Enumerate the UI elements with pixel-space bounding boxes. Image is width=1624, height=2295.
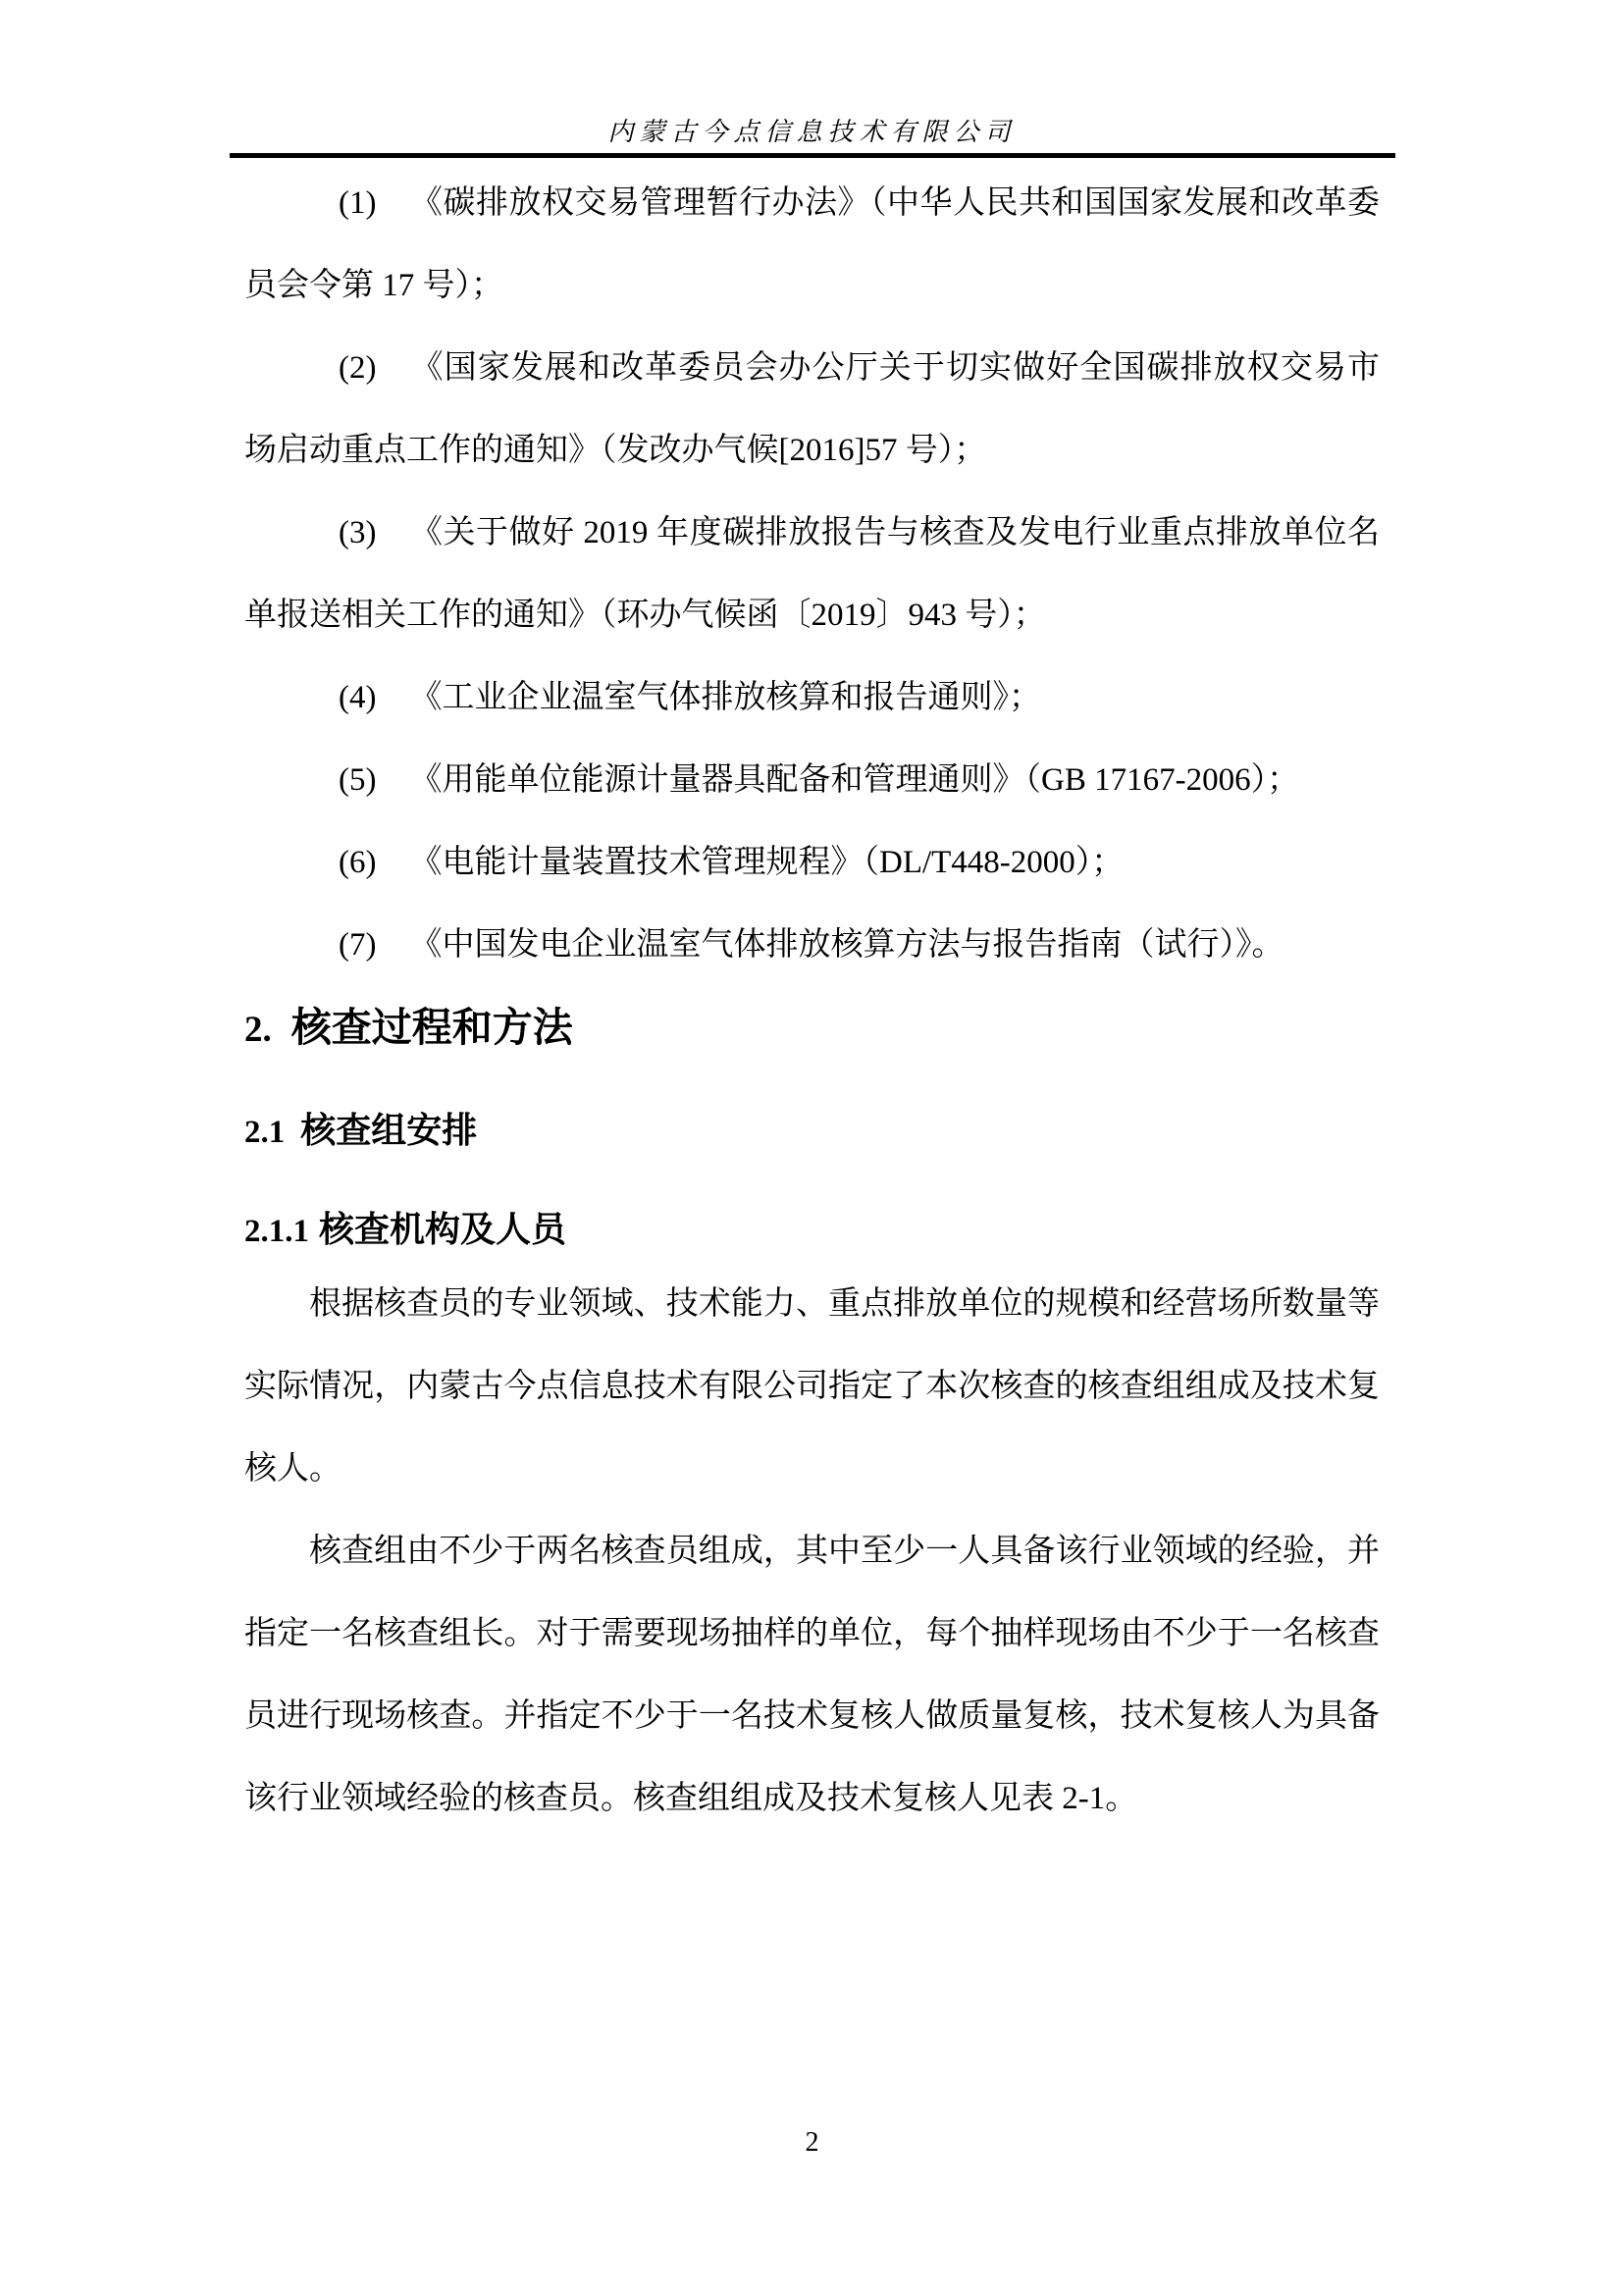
subsection-heading: 2.1核查组安排 [244,1105,1380,1163]
list-item: (5)《用能单位能源计量器具配备和管理通则》（GB 17167-2006）； [244,739,1380,821]
company-name: 内蒙古今点信息技术有限公司 [607,118,1016,146]
list-item-text: 《国家发展和改革委员会办公厅关于切实做好全国碳排放权交易市场启动重点工作的通知》… [244,350,1380,468]
reference-list: (1)《碳排放权交易管理暂行办法》（中华人民共和国国家发展和改革委员会令第 17… [244,162,1380,986]
list-item-number: (2) [339,350,409,386]
section-title: 核查过程和方法 [291,1005,573,1050]
list-item: (6)《电能计量装置技术管理规程》（DL/T448-2000）； [244,821,1380,904]
paragraph: 核查组由不少于两名核查员组成，其中至少一人具备该行业领域的经验，并指定一名核查组… [244,1510,1380,1840]
list-item-number: (3) [339,515,409,550]
list-item: (7)《中国发电企业温室气体排放核算方法与报告指南（试行）》。 [244,904,1380,986]
subsubsection-number: 2.1.1 [244,1214,319,1249]
section-heading: 2.核查过程和方法 [244,996,1380,1066]
list-item-number: (6) [339,845,409,880]
list-item-text: 《电能计量装置技术管理规程》（DL/T448-2000）； [409,845,1124,880]
page-footer: 2 [0,2127,1624,2159]
list-item-text: 《用能单位能源计量器具配备和管理通则》（GB 17167-2006）； [409,762,1299,798]
list-item: (4)《工业企业温室气体排放核算和报告通则》； [244,656,1380,739]
list-item: (3)《关于做好 2019 年度碳排放报告与核查及发电行业重点排放单位名单报送相… [244,492,1380,656]
subsection-title: 核查组安排 [300,1110,477,1150]
section-number: 2. [244,1010,291,1050]
list-item: (1)《碳排放权交易管理暂行办法》（中华人民共和国国家发展和改革委员会令第 17… [244,162,1380,327]
subsubsection-title: 核查机构及人员 [319,1209,566,1249]
paragraph: 根据核查员的专业领域、技术能力、重点排放单位的规模和经营场所数量等实际情况，内蒙… [244,1263,1380,1510]
list-item-text: 《关于做好 2019 年度碳排放报告与核查及发电行业重点排放单位名单报送相关工作… [244,515,1380,633]
list-item-number: (5) [339,762,409,798]
list-item: (2)《国家发展和改革委员会办公厅关于切实做好全国碳排放权交易市场启动重点工作的… [244,327,1380,492]
list-item-text: 《工业企业温室气体排放核算和报告通则》； [409,680,1041,715]
page-header: 内蒙古今点信息技术有限公司 [230,0,1395,158]
list-item-number: (7) [339,927,409,963]
document-page: { "header": { "company": "内蒙古今点信息技术有限公司"… [0,0,1624,2295]
list-item-text: 《碳排放权交易管理暂行办法》（中华人民共和国国家发展和改革委员会令第 17 号）… [244,185,1380,303]
list-item-text: 《中国发电企业温室气体排放核算方法与报告指南（试行）》。 [409,927,1283,963]
document-body: (1)《碳排放权交易管理暂行办法》（中华人民共和国国家发展和改革委员会令第 17… [244,158,1380,1840]
page-number: 2 [806,2127,819,2158]
list-item-number: (1) [339,185,409,221]
list-item-number: (4) [339,680,409,715]
subsection-number: 2.1 [244,1115,300,1150]
subsubsection-heading: 2.1.1核查机构及人员 [244,1204,1380,1263]
